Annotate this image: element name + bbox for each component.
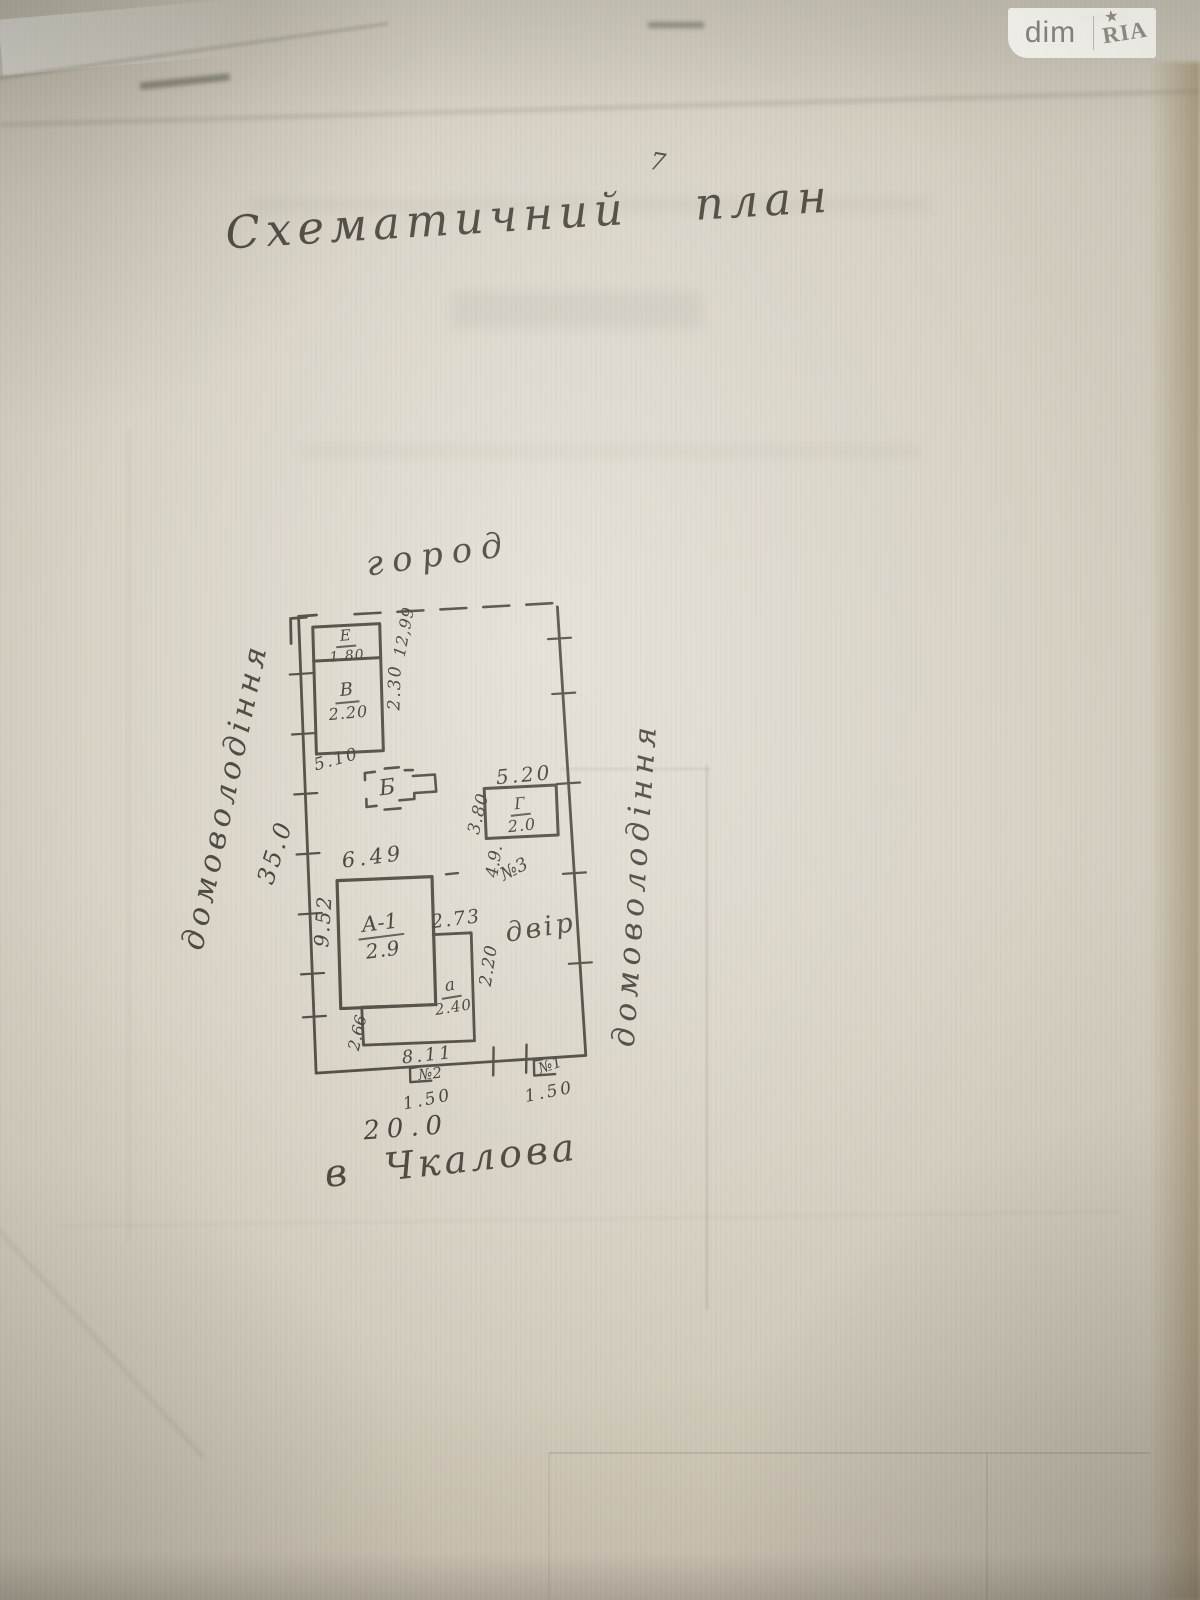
- title-accent-mark: 7: [648, 147, 668, 177]
- watermark-star-icon: ★: [1104, 8, 1119, 27]
- paper-fold-line: [0, 89, 1200, 127]
- shed-g-label: Г 2.0: [489, 792, 553, 837]
- watermark-badge: dim ★ RIA: [1008, 8, 1156, 58]
- left-boundary-label: домоволодіння: [172, 626, 278, 966]
- scanned-plan-photo: dim ★ RIA Схематичний план 7: [0, 0, 1200, 1600]
- house-label: А-1 2.9: [346, 908, 416, 964]
- house-side-dim: 9.52: [309, 884, 338, 957]
- paper-smudge-2: [648, 22, 704, 28]
- watermark-dim-label: dim: [1008, 16, 1093, 50]
- bleedthrough-line-ghost-2: [300, 445, 920, 457]
- shed-e-label: Е 1.80: [314, 625, 379, 666]
- paper-corner-crease: [0, 22, 388, 85]
- page-title: Схематичний план: [224, 169, 834, 259]
- shed-g-top-dim: 5.20: [495, 760, 553, 789]
- bleedthrough-table-ghost-line: [986, 1454, 988, 1600]
- paper-fold-highlight: [0, 0, 362, 76]
- bottom-left-corner-crease: [0, 1204, 205, 1459]
- bleedthrough-table-ghost: [548, 1452, 1150, 1600]
- shed-v-side-width-dim: 2.30: [384, 652, 406, 723]
- bleedthrough-text-ghost: [452, 292, 702, 328]
- shed-b-letter: Б: [378, 775, 397, 802]
- plan-area: город Е 1.80 В 2.20 5.10 2.30 12,99 Б 5.…: [273, 540, 747, 1209]
- shed-g-letter: Г: [508, 794, 531, 817]
- photo-bottom-shadow: [0, 1552, 1200, 1600]
- horizontal-crease-bottom: [60, 1211, 1120, 1228]
- shed-v-letter: В: [334, 679, 359, 704]
- vertical-crease-left: [128, 430, 130, 1240]
- gate2-label: №2: [417, 1063, 443, 1083]
- shed-e-letter: Е: [334, 627, 357, 649]
- photo-right-edge: [1150, 62, 1200, 1600]
- shed-v-label: В 2.20: [315, 678, 380, 724]
- watermark-ria-label: ★ RIA: [1092, 15, 1157, 50]
- paper-smudge-1: [140, 73, 230, 89]
